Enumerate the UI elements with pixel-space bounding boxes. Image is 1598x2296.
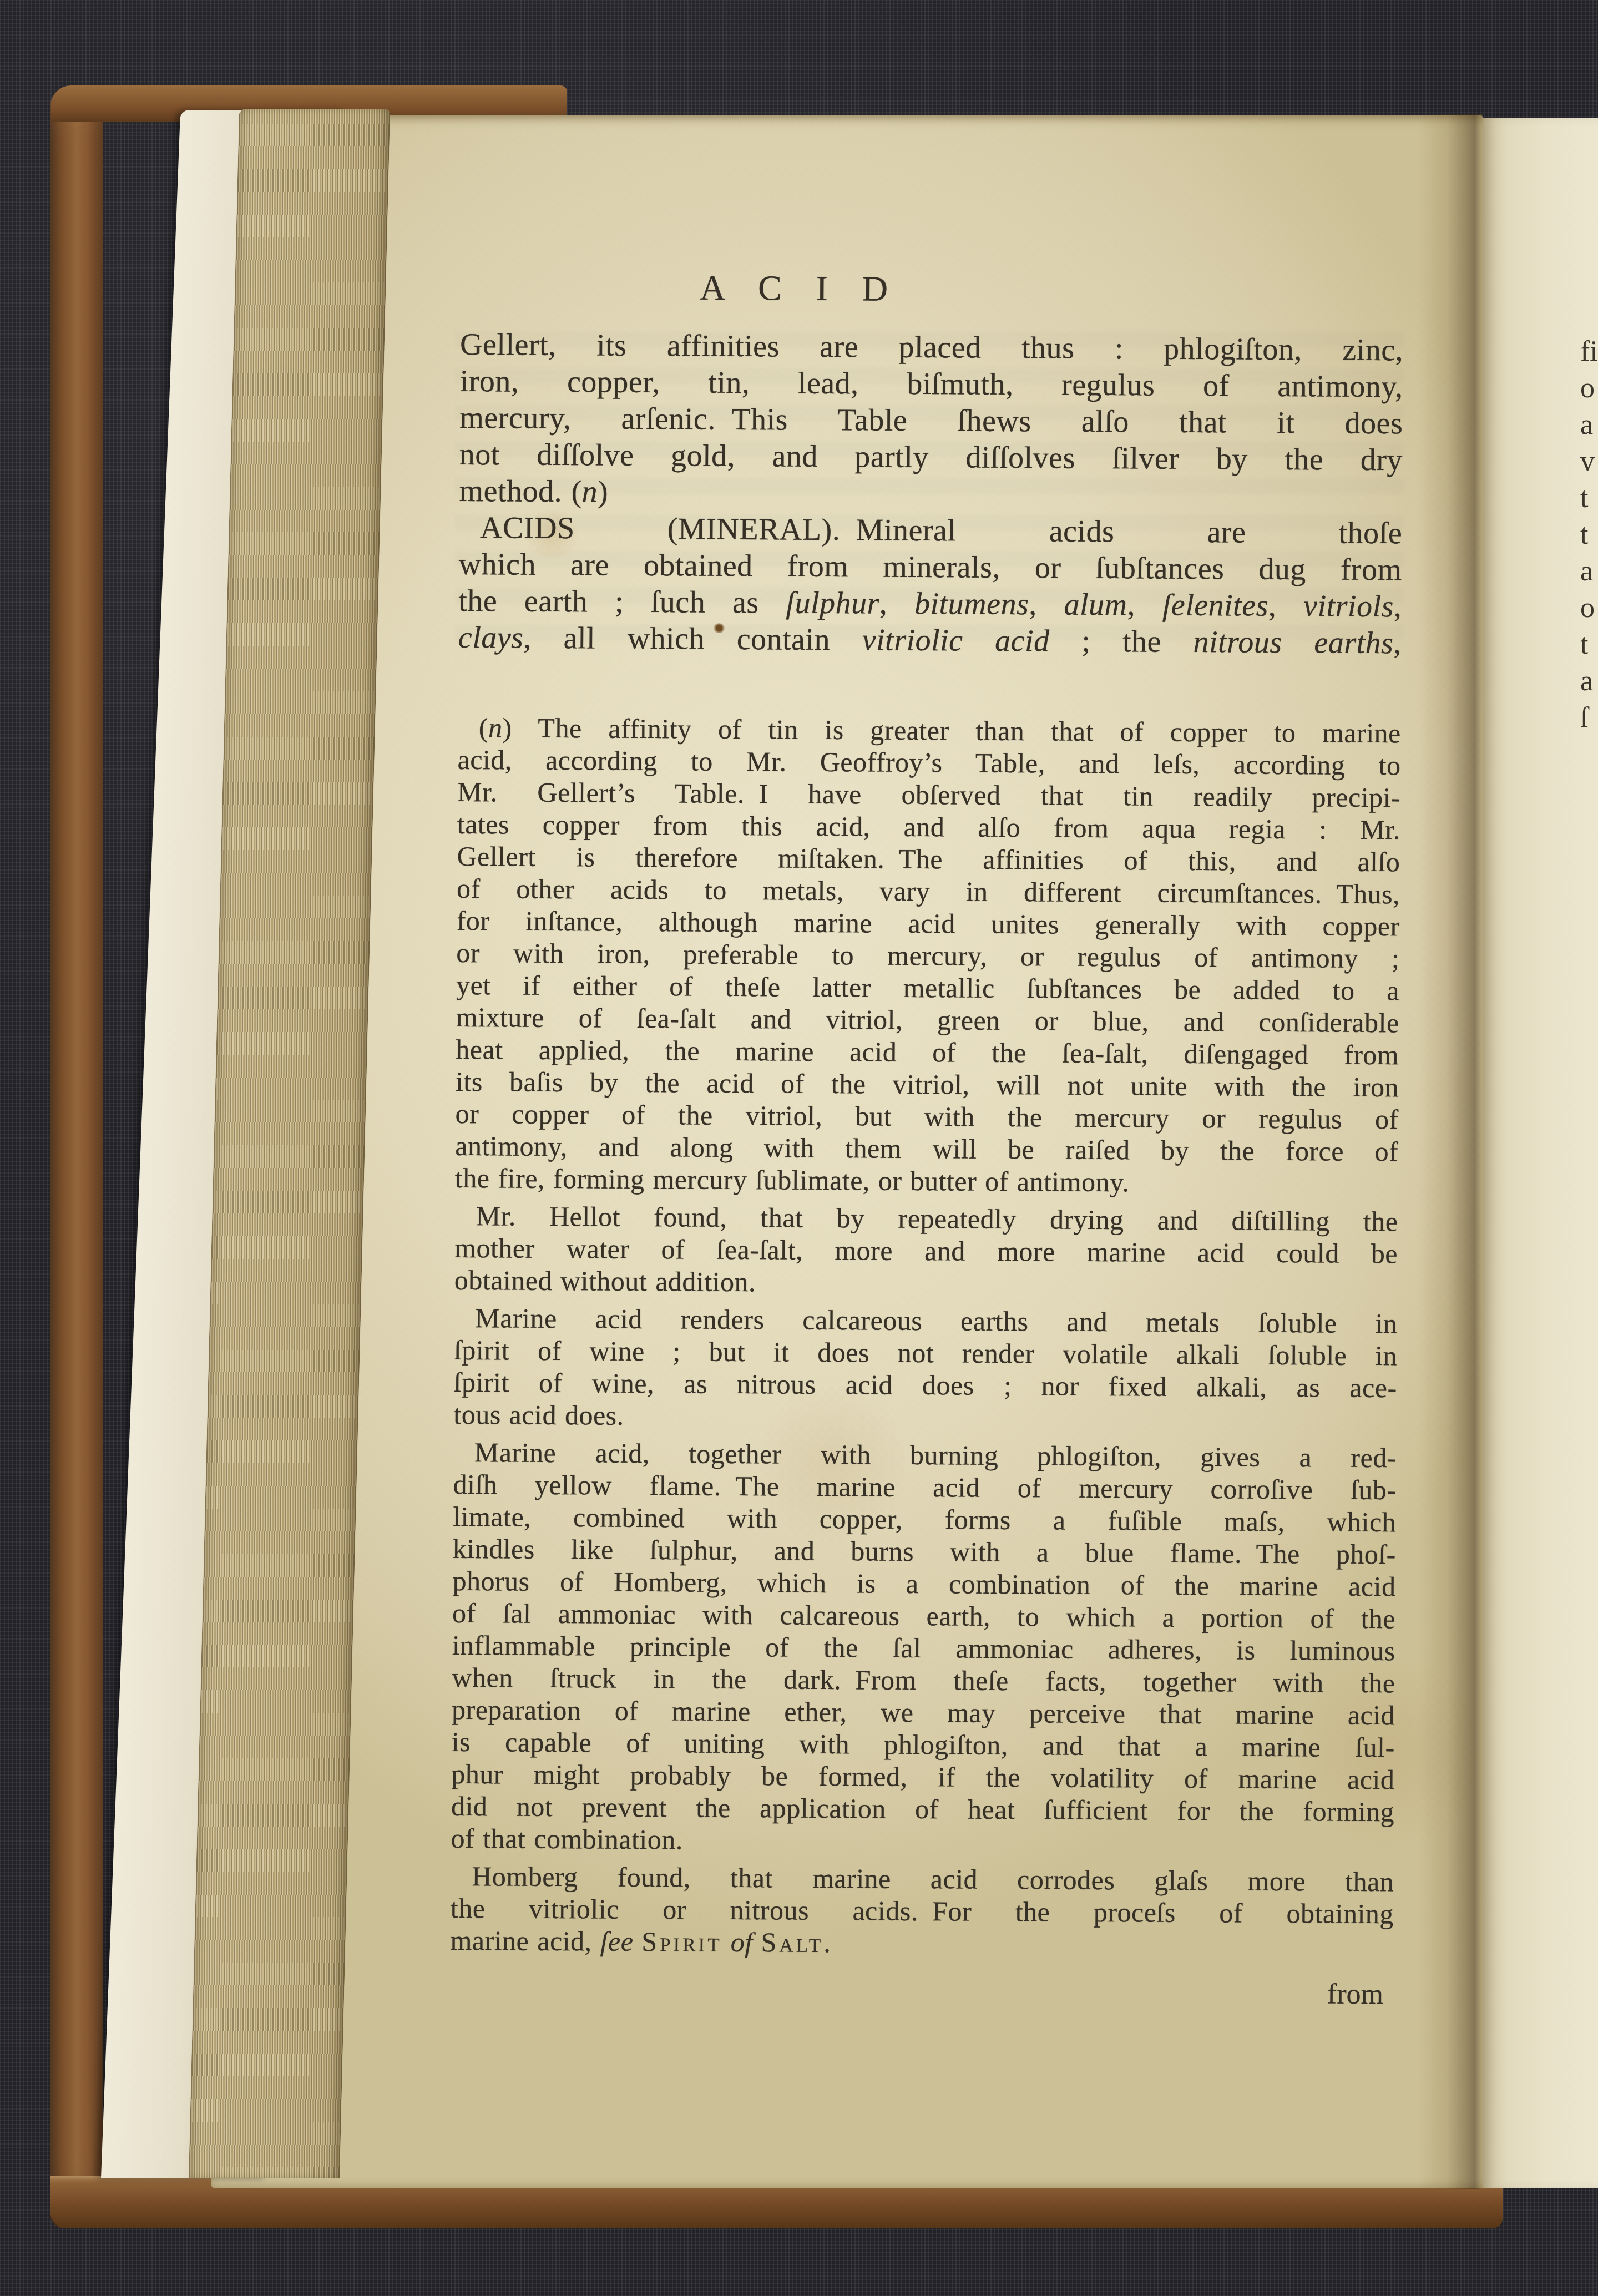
text-line: not diſſolve gold, and partly diſſolves …: [459, 436, 1403, 478]
paragraph: ACIDS (MINERAL). Mineral acids are thoſe…: [458, 509, 1403, 661]
clipped-letter: fi: [1580, 337, 1598, 366]
body-text: Gellert, its affinities are placed thus …: [458, 326, 1404, 661]
text-line: tous acid does.: [453, 1398, 1397, 1436]
catchword: from: [1327, 1979, 1383, 2011]
text-line: for inſtance, although marine acid unite…: [457, 904, 1400, 942]
text-line: Gellert, its affinities are placed thus …: [460, 326, 1403, 368]
paragraph: Marine acid renders calcareous earths an…: [453, 1302, 1397, 1436]
clipped-letter: a: [1580, 557, 1593, 586]
text-line: ACIDS (MINERAL). Mineral acids are thoſe: [459, 509, 1402, 552]
text-line: its baſis by the acid of the vitriol, wi…: [456, 1065, 1399, 1103]
paragraph: Gellert, its affinities are placed thus …: [459, 326, 1403, 515]
text-line: of that combination.: [451, 1822, 1394, 1860]
text-line: Mr. Hellot found, that by repeatedly dry…: [454, 1200, 1398, 1237]
text-line: is capable of uniting with phlogiſton, a…: [452, 1726, 1395, 1763]
text-line: method. (n): [459, 473, 1402, 515]
text-line: kindles like ſulphur, and burns with a b…: [453, 1533, 1396, 1570]
text-line: acid, according to Mr. Geoffroy’s Table,…: [457, 744, 1400, 781]
text-line: of other acids to metals, vary in differ…: [457, 872, 1400, 910]
page-text: A C I D Gellert, its affinities are plac…: [450, 266, 1404, 2011]
clipped-letter: a: [1580, 411, 1593, 439]
text-line: Marine acid, together with burning phlog…: [453, 1436, 1397, 1474]
text-line: preparation of marine ether, we may perc…: [452, 1693, 1395, 1731]
text-line: mother water of ſea-ſalt, more and more …: [454, 1232, 1398, 1270]
text-line: the fire, forming mercury ſublimate, or …: [455, 1162, 1398, 1200]
text-line: when ſtruck in the dark. From theſe fact…: [452, 1661, 1395, 1699]
text-line: obtained without addition.: [454, 1264, 1398, 1302]
text-line: the earth ; ſuch as ſulphur, bitumens, a…: [458, 583, 1402, 625]
text-line: marine acid, ſee Spirit of Salt.: [450, 1924, 1393, 1962]
clipped-letter: o: [1580, 594, 1595, 623]
clipped-letter: t: [1580, 520, 1588, 549]
text-line: did not prevent the application of heat …: [451, 1790, 1394, 1828]
catchword-row: from: [450, 1973, 1393, 2011]
photo-scene: fioavttaotaſ A C I D Gellert, its affini…: [0, 0, 1598, 2296]
clipped-letter: ſ: [1580, 704, 1588, 732]
text-line: iron, copper, tin, lead, biſmuth, regulu…: [460, 363, 1403, 405]
paragraph: (n) The affinity of tin is greater than …: [455, 711, 1401, 1200]
text-line: the vitriolic or nitrous acids. For the …: [451, 1892, 1394, 1930]
text-line: heat applied, the marine acid of the ſea…: [456, 1033, 1399, 1071]
text-line: (n) The affinity of tin is greater than …: [458, 711, 1401, 749]
page-header: A C I D: [461, 266, 1404, 312]
text-line: Marine acid renders calcareous earths an…: [454, 1302, 1397, 1339]
text-line: ſpirit of wine ; but it does not render …: [454, 1334, 1397, 1372]
clipped-letter: t: [1580, 630, 1588, 659]
text-line: yet if either of theſe latter metallic ſ…: [456, 969, 1399, 1007]
text-line: mixture of ſea-ſalt and vitriol, green o…: [456, 1001, 1399, 1039]
facing-page-sliver: fioavttaotaſ: [1483, 118, 1598, 2188]
text-line: ſpirit of wine, as nitrous acid does ; n…: [454, 1366, 1397, 1404]
paragraph: Marine acid, together with burning phlog…: [451, 1436, 1397, 1860]
text-line: or with iron, preferable to mercury, or …: [456, 937, 1399, 974]
text-line: or copper of the vitriol, but with the m…: [455, 1098, 1398, 1135]
text-line: mercury, arſenic. This Table ſhews alſo …: [459, 399, 1403, 442]
text-line: Homberg found, that marine acid corrodes…: [451, 1860, 1394, 1898]
text-line: Mr. Gellert’s Table. I have obſerved tha…: [457, 776, 1400, 813]
book-cover-edge-left: [50, 87, 103, 2228]
text-line: clays, all which contain vitriolic acid …: [458, 619, 1402, 661]
text-line: which are obtained from minerals, or ſub…: [459, 546, 1402, 588]
text-line: tates copper from this acid, and alſo fr…: [457, 808, 1400, 846]
text-line: phorus of Homberg, which is a combinatio…: [452, 1565, 1395, 1602]
clipped-letter: t: [1580, 484, 1588, 513]
text-line: inflammable principle of the ſal ammonia…: [452, 1629, 1395, 1667]
text-line: of ſal ammoniac with calcareous earth, t…: [452, 1597, 1395, 1635]
text-line: diſh yellow flame. The marine acid of me…: [453, 1468, 1396, 1506]
text-line: antimony, and along with them will be ra…: [455, 1130, 1398, 1167]
footnote-text: (n) The affinity of tin is greater than …: [450, 711, 1401, 1962]
text-line: limate, combined with copper, forms a fu…: [453, 1500, 1396, 1538]
clipped-letter: v: [1580, 447, 1595, 476]
text-line: Gellert is therefore miſtaken. The affin…: [457, 840, 1400, 878]
gutter-shadow: [1418, 114, 1483, 2189]
text-line: phur might probably be formed, if the vo…: [451, 1758, 1394, 1796]
clipped-letter: o: [1580, 374, 1595, 403]
clipped-letter: a: [1580, 667, 1593, 696]
paragraph: Homberg found, that marine acid corrodes…: [450, 1860, 1394, 1962]
paragraph: Mr. Hellot found, that by repeatedly dry…: [454, 1200, 1398, 1302]
